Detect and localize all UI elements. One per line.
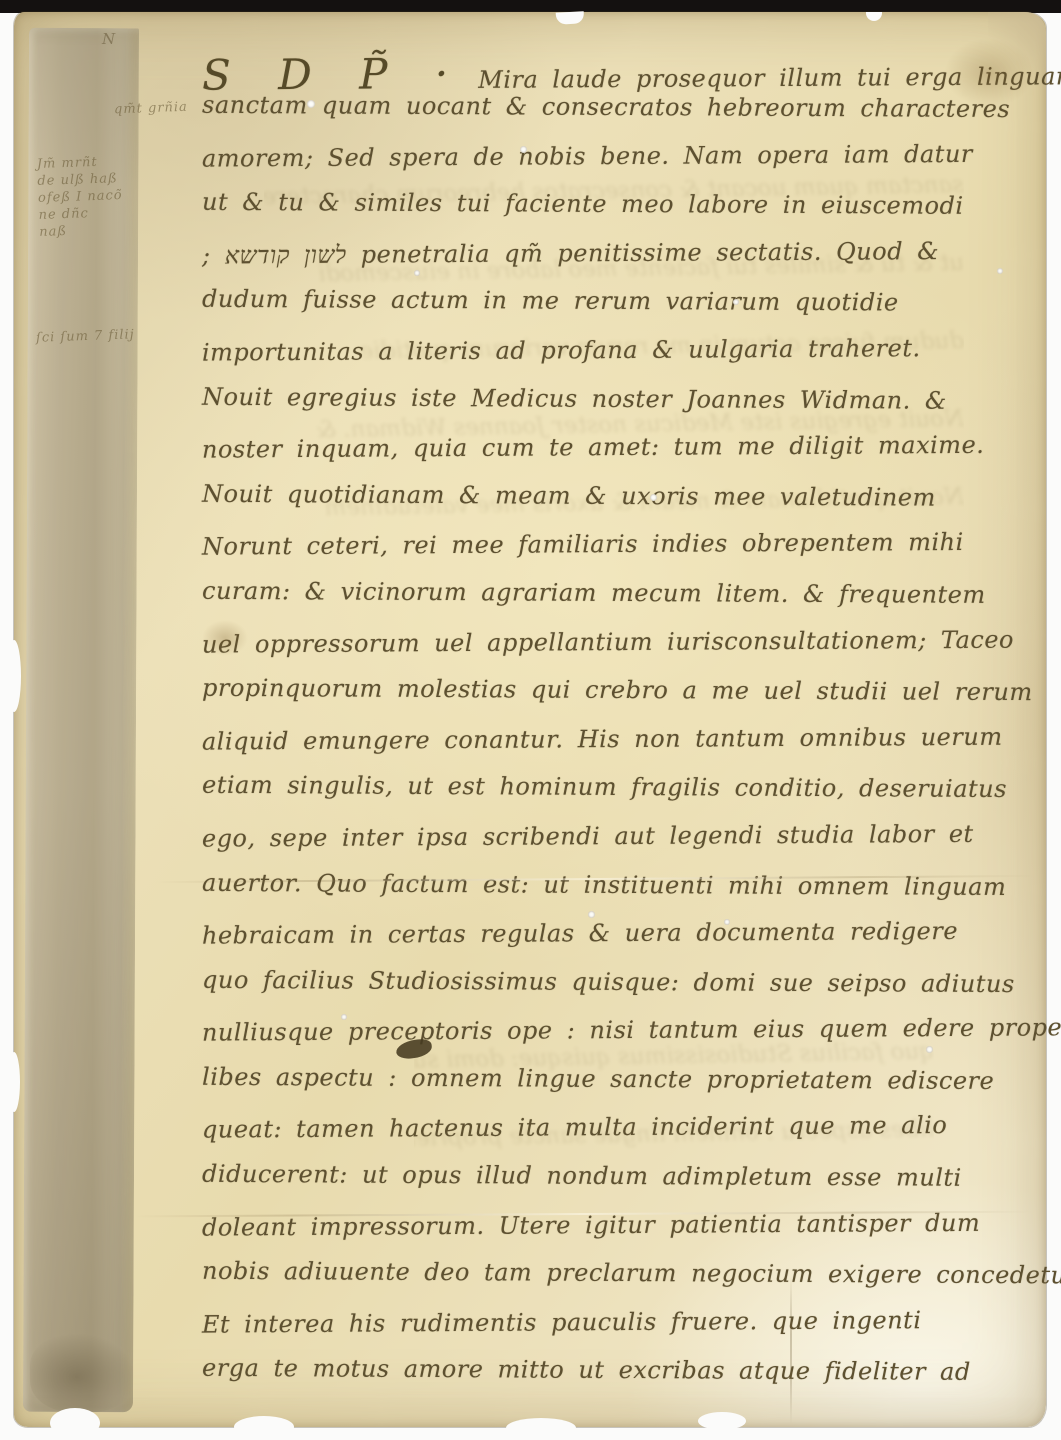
letter-line: nulliusque preceptoris ope : nisi tantum… xyxy=(202,1014,1048,1068)
edge-tear xyxy=(8,1052,20,1112)
letter-line: ut & tu & similes tui faciente meo labor… xyxy=(202,188,1048,241)
worm-hole xyxy=(341,1014,347,1020)
margin-corner-mark: N xyxy=(102,30,115,48)
letter-line: noster inquam, quia cum te amet: tum me … xyxy=(202,431,1048,485)
letter-line: importunitas a literis ad profana & uulg… xyxy=(202,333,1048,387)
letter-line: ; לשון קודשא penetralia qm̃ penitissime … xyxy=(202,236,1048,290)
letter-line: dudum fuisse actum in me rerum variarum … xyxy=(202,285,1048,338)
edge-tear xyxy=(506,1418,576,1438)
smudge-stain xyxy=(202,620,248,656)
smudge-stain xyxy=(944,38,1034,108)
letter-line: Nouit egregius iste Medicus noster Joann… xyxy=(202,382,1048,435)
letter-line: erga te motus amore mitto ut excribas at… xyxy=(202,1354,1048,1407)
worm-hole xyxy=(733,299,739,305)
worm-hole xyxy=(997,268,1003,274)
letter-line: propinquorum molestias qui crebro a me u… xyxy=(202,674,1048,727)
letter-line: diducerent: ut opus illud nondum adimple… xyxy=(202,1160,1048,1213)
worm-hole xyxy=(926,1046,933,1053)
letter-line: curam: & vicinorum agrariam mecum litem.… xyxy=(202,577,1048,630)
edge-tear xyxy=(50,1408,100,1438)
margin-note-lower: ſci ſum 7 filij xyxy=(36,326,135,346)
letter-line: quo facilius Studiosissimus quisque: dom… xyxy=(202,965,1048,1018)
letter-line: Norunt ceteri, rei mee familiaris indies… xyxy=(202,528,1048,582)
edge-tear xyxy=(866,12,882,21)
scanned-manuscript: sanctam quam uocant & consecratos hebreo… xyxy=(0,0,1061,1440)
worm-hole xyxy=(414,270,420,276)
fold-crease xyxy=(790,1274,792,1424)
edge-tear xyxy=(698,1412,746,1430)
worm-hole xyxy=(520,146,527,153)
letter-line: etiam singulis, ut est hominum fragilis … xyxy=(202,771,1048,824)
margin-note-middle: Jm̃ mrñt de ulß haß ofeß I nacõ ne dñc n… xyxy=(37,152,150,241)
letter-line: aliquid emungere conantur. His non tantu… xyxy=(202,722,1048,776)
letter-line: sanctam quam uocant & consecratos hebreo… xyxy=(202,91,1048,144)
manuscript-page: sanctam quam uocant & consecratos hebreo… xyxy=(14,12,1046,1427)
worm-hole xyxy=(307,100,315,108)
margin-note-top: qm̃t grñia xyxy=(114,99,188,119)
edge-tear xyxy=(7,640,21,712)
worm-hole xyxy=(724,919,730,925)
letter-line: Nouit quotidianam & meam & uxoris mee va… xyxy=(202,480,1048,533)
worm-hole xyxy=(588,911,595,918)
letter-line: amorem; Sed spera de nobis bene. Nam ope… xyxy=(202,139,1048,193)
letter-line: libes aspectu : omnem lingue sancte prop… xyxy=(202,1063,1048,1116)
salutation: S D P̃ · xyxy=(202,54,462,96)
letter-line: hebraicam in certas regulas & uera docum… xyxy=(202,917,1048,971)
worm-hole xyxy=(650,494,657,501)
letter-body: S D P̃ · Mira laude prosequor illum tui … xyxy=(202,36,1048,1405)
letter-line: S D P̃ · Mira laude prosequor illum tui … xyxy=(202,33,1048,95)
letter-line: queat: tamen hactenus ita multa incideri… xyxy=(202,1111,1048,1165)
edge-tear xyxy=(556,11,585,24)
letter-line: uel oppressorum uel appellantium iurisco… xyxy=(202,625,1048,679)
letter-line: nobis adiuuente deo tam preclarum negoci… xyxy=(202,1257,1048,1310)
binding-strip-shadow xyxy=(30,1334,134,1412)
letter-line: ego, sepe inter ipsa scribendi aut legen… xyxy=(202,819,1048,873)
letter-line: Et interea his rudimentis pauculis fruer… xyxy=(202,1305,1048,1359)
edge-tear xyxy=(234,1416,294,1438)
